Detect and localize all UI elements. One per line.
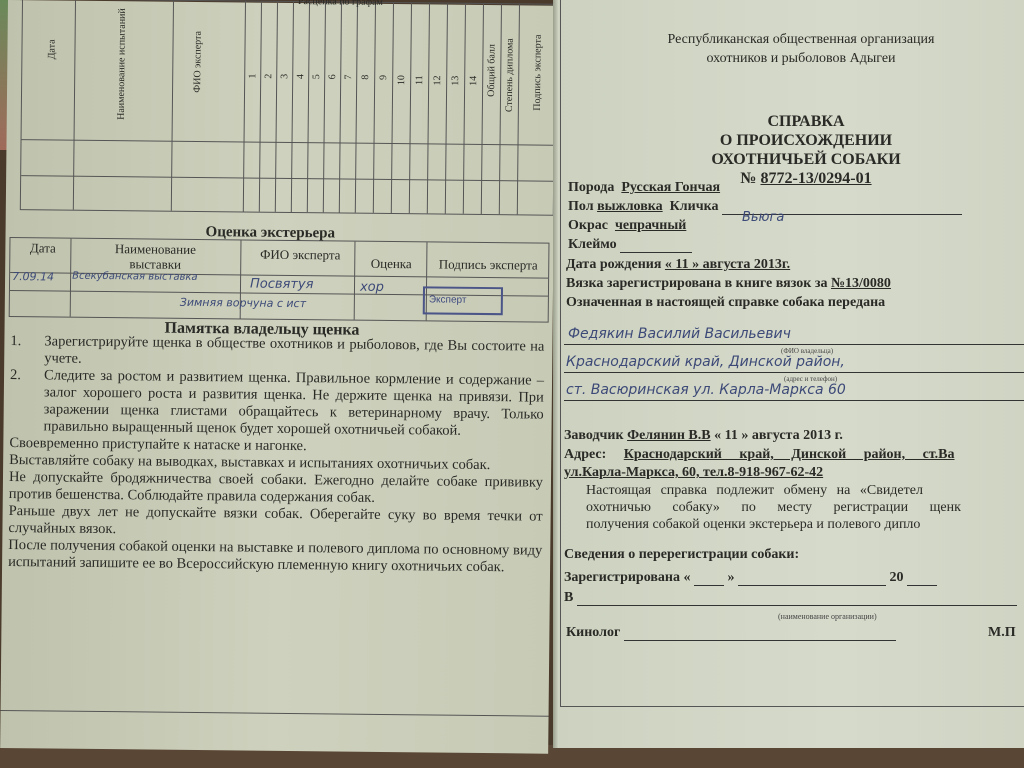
dog-name-handwritten: Вьюга <box>742 210 784 225</box>
field-cynologist: Кинолог <box>566 625 896 641</box>
trials-header-name: Наименование испытаний <box>116 8 128 120</box>
field-breed: Порода Русская Гончая <box>568 180 720 196</box>
organization-name: Республиканская общественная организация… <box>636 30 966 68</box>
grading-header: Расценка по графам <box>298 0 383 8</box>
memo-item: 1.Зарегистрируйте щенка в обществе охотн… <box>4 333 544 373</box>
ext-header-show: Наименование выставки <box>90 241 220 272</box>
field-address-line2: ул.Карла-Маркса, 60, тел.8-918-967-62-42 <box>564 465 823 481</box>
field-breeder: Заводчик Фелянин В.В « 11 » августа 2013… <box>564 428 843 444</box>
memo-body: 1.Зарегистрируйте щенка в обществе охотн… <box>2 333 544 577</box>
ext-show-value: Всекубанская выставка <box>72 271 198 283</box>
ext-header-grade: Оценка <box>356 256 426 272</box>
field-sex-name: Пол выжловка Кличка Вьюга <box>568 199 962 215</box>
ext-header-expert: ФИО эксперта <box>255 247 345 263</box>
trials-header-date: Дата <box>46 39 57 59</box>
field-organization: В <box>564 590 1017 606</box>
left-page: Дата Наименование испытаний ФИО эксперта… <box>0 0 556 754</box>
stamp-place: М.П <box>988 625 1016 641</box>
ext-header-date: Дата <box>20 240 65 255</box>
rereg-title: Сведения о перерегистрации собаки: <box>564 547 799 563</box>
field-transfer: Означенная в настоящей справке собака пе… <box>566 295 885 311</box>
right-page: Республиканская общественная организация… <box>556 0 1024 748</box>
field-birth-date: Дата рождения « 11 » августа 2013г. <box>566 257 790 273</box>
ext-note-value: Зимняя ворчуна с ист <box>180 296 306 310</box>
header-diploma-degree: Степень диплома <box>504 38 516 112</box>
memo-paragraph: Раньше двух лет не допускайте вязки соба… <box>2 503 542 543</box>
ext-header-signature: Подпись эксперта <box>428 256 548 272</box>
trials-table: Дата Наименование испытаний ФИО эксперта… <box>20 0 556 216</box>
header-expert-signature: Подпись эксперта <box>532 34 544 110</box>
memo-item: 2.Следите за ростом и развитием щенка. П… <box>3 367 544 441</box>
exchange-notice: Настоящая справка подлежит обмену на «Св… <box>586 482 1024 533</box>
page-fold <box>553 0 559 748</box>
expert-stamp: Эксперт <box>423 286 503 315</box>
document-title: СПРАВКА О ПРОИСХОЖДЕНИИ ОХОТНИЧЬЕЙ СОБАК… <box>676 112 936 188</box>
field-brand: Клеймо <box>568 237 692 253</box>
field-mating: Вязка зарегистрирована в книге вязок за … <box>566 276 891 292</box>
memo-paragraph: Не допускайте бродяжничества своей собак… <box>3 469 543 509</box>
memo-paragraph: После получения собакой оценки на выстав… <box>2 537 542 577</box>
ext-date-value: 7.09.14 <box>12 270 54 283</box>
field-registered: Зарегистрирована « » 20 <box>564 570 937 586</box>
owner-address-line1: Краснодарский край, Динской район, <box>566 354 845 370</box>
ext-expert-value: Посвятуя <box>250 277 314 293</box>
owner-address-line2: ст. Васюринская ул. Карла-Маркса 60 <box>566 382 846 398</box>
header-total-score: Общий балл <box>486 44 498 97</box>
trials-header-expert: ФИО эксперта <box>192 31 204 93</box>
field-address: Адрес: Краснодарский край, Динской район… <box>564 447 955 463</box>
owner-name-handwritten: Федякин Василий Васильевич <box>568 326 791 342</box>
field-color: Окрас чепрачный <box>568 218 686 234</box>
ext-grade-value: хор <box>360 280 384 295</box>
